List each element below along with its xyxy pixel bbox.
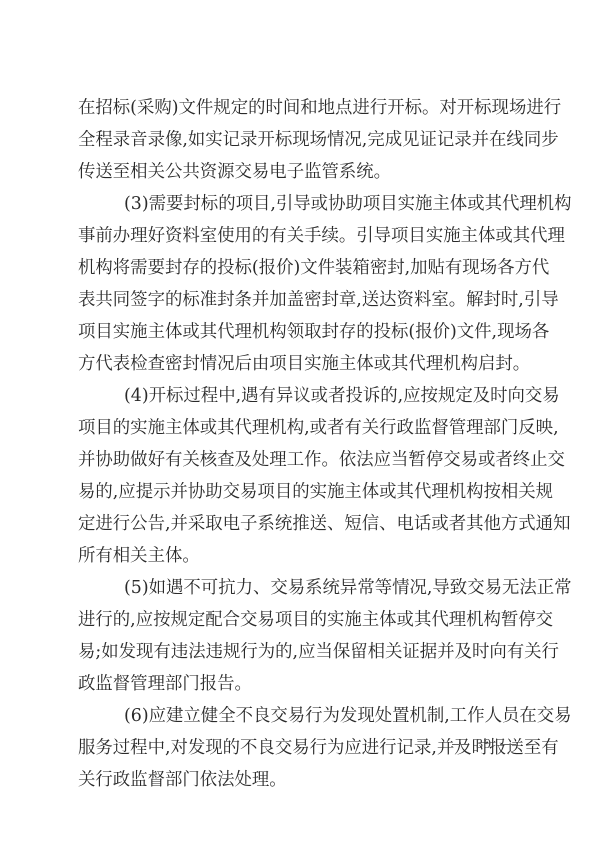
text-line: 在招标(采购)文件规定的时间和地点进行开标。对开标现场进行 [78,92,520,124]
text-line: 并协助做好有关核查及处理工作。依法应当暂停交易或者终止交 [78,444,520,476]
paragraph-continuation: 在招标(采购)文件规定的时间和地点进行开标。对开标现场进行 全程录音录像,如实记… [78,92,520,188]
text-line: (3)需要封标的项目,引导或协助项目实施主体或其代理机构 [78,188,520,220]
page-number-value: 39 [476,737,492,752]
text-line: 关行政监督部门依法处理。 [78,764,520,796]
text-line: 事前办理好资料室使用的有关手续。引导项目实施主体或其代理 [78,220,520,252]
text-line: 易的,应提示并协助交易项目的实施主体或其代理机构按相关规 [78,476,520,508]
dash-decoration [452,744,468,745]
text-line: 全程录音录像,如实记录开标现场情况,完成见证记录并在线同步 [78,124,520,156]
text-line: 所有相关主体。 [78,540,520,572]
text-line: 易;如发现有违法违规行为的,应当保留相关证据并及时向有关行 [78,636,520,668]
text-line: (6)应建立健全不良交易行为发现处置机制,工作人员在交易 [78,700,520,732]
text-line: 政监督管理部门报告。 [78,668,520,700]
paragraph-item-4: (4)开标过程中,遇有异议或者投诉的,应按规定及时向交易 项目的实施主体或其代理… [78,380,520,572]
text-line: (5)如遇不可抗力、交易系统异常等情况,导致交易无法正常 [78,572,520,604]
text-line: 机构将需要封存的投标(报价)文件装箱密封,加贴有现场各方代 [78,252,520,284]
document-body: 在招标(采购)文件规定的时间和地点进行开标。对开标现场进行 全程录音录像,如实记… [78,92,520,796]
paragraph-item-3: (3)需要封标的项目,引导或协助项目实施主体或其代理机构 事前办理好资料室使用的… [78,188,520,380]
text-line: 方代表检查密封情况后由项目实施主体或其代理机构启封。 [78,348,520,380]
text-line: 项目实施主体或其代理机构领取封存的投标(报价)文件,现场各 [78,316,520,348]
paragraph-item-5: (5)如遇不可抗力、交易系统异常等情况,导致交易无法正常 进行的,应按规定配合交… [78,572,520,700]
text-line: 定进行公告,并采取电子系统推送、短信、电话或者其他方式通知 [78,508,520,540]
text-line: (4)开标过程中,遇有异议或者投诉的,应按规定及时向交易 [78,380,520,412]
text-line: 表共同签字的标准封条并加盖密封章,送达资料室。解封时,引导 [78,284,520,316]
text-line: 传送至相关公共资源交易电子监管系统。 [78,156,520,188]
dash-decoration [500,744,516,745]
text-line: 项目的实施主体或其代理机构,或者有关行政监督管理部门反映, [78,412,520,444]
text-line: 进行的,应按规定配合交易项目的实施主体或其代理机构暂停交 [78,604,520,636]
page-number: 39 [444,737,524,753]
